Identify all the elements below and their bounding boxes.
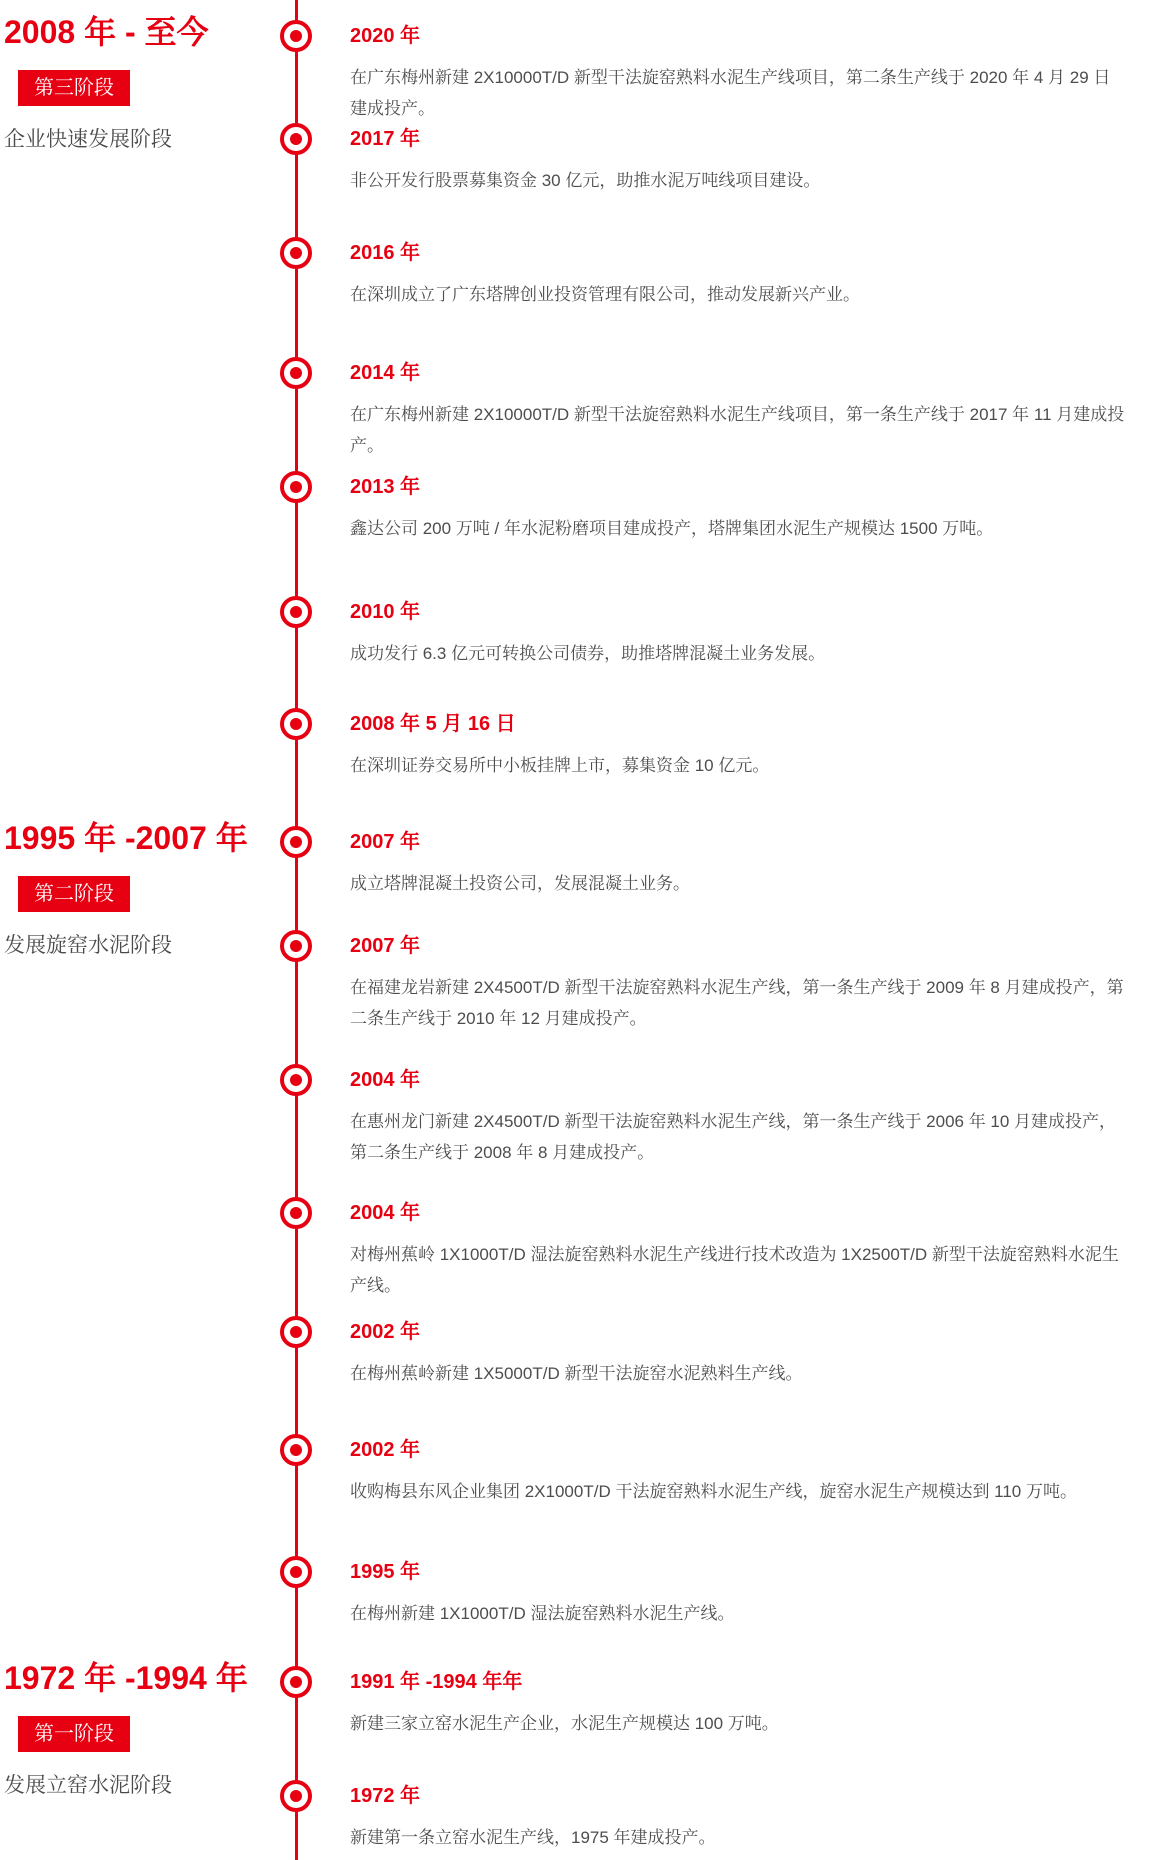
entry-description: 非公开发行股票募集资金 30 亿元，助推水泥万吨线项目建设。 [350,165,1125,196]
timeline-dot-icon [280,237,312,269]
entry-year: 2016 年 [350,236,1125,267]
entry-year: 1995 年 [350,1555,1125,1586]
entry-year: 2008 年 5 月 16 日 [350,707,1125,738]
timeline-entry: 2004 年 对梅州蕉岭 1X1000T/D 湿法旋窑熟料水泥生产线进行技术改造… [280,1196,1140,1315]
entry-year: 2010 年 [350,595,1125,626]
timeline-entry: 2007 年 在福建龙岩新建 2X4500T/D 新型干法旋窑熟料水泥生产线，第… [280,929,1140,1063]
stage-block-1: 1972 年 -1994 年 第一阶段 发展立窑水泥阶段 [4,1660,274,1798]
entry-description: 鑫达公司 200 万吨 / 年水泥粉磨项目建成投产，塔牌集团水泥生产规模达 15… [350,513,1125,544]
entry-year: 2004 年 [350,1063,1125,1094]
entry-year: 1972 年 [350,1779,1125,1810]
entry-body: 2002 年 收购梅县东风企业集团 2X1000T/D 干法旋窑熟料水泥生产线，… [350,1433,1125,1507]
timeline-entry: 2010 年 成功发行 6.3 亿元可转换公司债券，助推塔牌混凝土业务发展。 [280,595,1140,707]
entry-body: 1972 年 新建第一条立窑水泥生产线，1975 年建成投产。 [350,1779,1125,1853]
entry-year: 2020 年 [350,19,1125,50]
stage-label: 企业快速发展阶段 [4,128,274,152]
timeline-dot-icon [280,1064,312,1096]
stage-badge: 第一阶段 [18,1716,130,1752]
timeline-entry: 2014 年 在广东梅州新建 2X10000T/D 新型干法旋窑熟料水泥生产线项… [280,356,1140,470]
timeline-entry: 2020 年 在广东梅州新建 2X10000T/D 新型干法旋窑熟料水泥生产线项… [280,19,1140,122]
entry-year: 2004 年 [350,1196,1125,1227]
timeline-dot-icon [280,123,312,155]
timeline-dot-icon [280,826,312,858]
timeline-entries: 2020 年 在广东梅州新建 2X10000T/D 新型干法旋窑熟料水泥生产线项… [280,19,1140,1857]
timeline-entry: 2017 年 非公开发行股票募集资金 30 亿元，助推水泥万吨线项目建设。 [280,122,1140,236]
entry-description: 成立塔牌混凝土投资公司，发展混凝土业务。 [350,868,1125,899]
timeline-entry: 2004 年 在惠州龙门新建 2X4500T/D 新型干法旋窑熟料水泥生产线，第… [280,1063,1140,1196]
timeline-entry: 1995 年 在梅州新建 1X1000T/D 湿法旋窑熟料水泥生产线。 [280,1555,1140,1665]
entry-year: 2017 年 [350,122,1125,153]
entry-body: 2010 年 成功发行 6.3 亿元可转换公司债券，助推塔牌混凝土业务发展。 [350,595,1125,669]
timeline-entry: 2002 年 在梅州蕉岭新建 1X5000T/D 新型干法旋窑水泥熟料生产线。 [280,1315,1140,1433]
entry-body: 1995 年 在梅州新建 1X1000T/D 湿法旋窑熟料水泥生产线。 [350,1555,1125,1629]
timeline-entry: 1972 年 新建第一条立窑水泥生产线，1975 年建成投产。 [280,1779,1140,1857]
timeline-entry: 2016 年 在深圳成立了广东塔牌创业投资管理有限公司，推动发展新兴产业。 [280,236,1140,356]
timeline-entry: 2007 年 成立塔牌混凝土投资公司，发展混凝土业务。 [280,825,1140,929]
timeline-dot-icon [280,20,312,52]
entry-body: 2016 年 在深圳成立了广东塔牌创业投资管理有限公司，推动发展新兴产业。 [350,236,1125,310]
entry-description: 在惠州龙门新建 2X4500T/D 新型干法旋窑熟料水泥生产线，第一条生产线于 … [350,1106,1125,1168]
entry-year: 2002 年 [350,1433,1125,1464]
timeline-dot-icon [280,1197,312,1229]
entry-body: 2008 年 5 月 16 日 在深圳证券交易所中小板挂牌上市，募集资金 10 … [350,707,1125,781]
timeline-dot-icon [280,1666,312,1698]
timeline-entry: 2008 年 5 月 16 日 在深圳证券交易所中小板挂牌上市，募集资金 10 … [280,707,1140,825]
timeline-dot-icon [280,1434,312,1466]
stage-badge: 第三阶段 [18,70,130,106]
entry-body: 2007 年 在福建龙岩新建 2X4500T/D 新型干法旋窑熟料水泥生产线，第… [350,929,1125,1034]
stage-range: 1995 年 -2007 年 [4,820,274,856]
entry-year: 2007 年 [350,929,1125,960]
entry-year: 2002 年 [350,1315,1125,1346]
entry-description: 在广东梅州新建 2X10000T/D 新型干法旋窑熟料水泥生产线项目，第一条生产… [350,399,1125,461]
company-history-timeline: 2008 年 - 至今 第三阶段 企业快速发展阶段 1995 年 -2007 年… [0,0,1160,1860]
timeline-dot-icon [280,471,312,503]
entry-description: 收购梅县东风企业集团 2X1000T/D 干法旋窑熟料水泥生产线，旋窑水泥生产规… [350,1476,1125,1507]
entry-description: 新建三家立窑水泥生产企业，水泥生产规模达 100 万吨。 [350,1708,1125,1739]
entry-year: 2014 年 [350,356,1125,387]
entry-body: 2002 年 在梅州蕉岭新建 1X5000T/D 新型干法旋窑水泥熟料生产线。 [350,1315,1125,1389]
timeline-dot-icon [280,596,312,628]
timeline-dot-icon [280,357,312,389]
stage-range: 2008 年 - 至今 [4,14,274,50]
stage-range: 1972 年 -1994 年 [4,1660,274,1696]
stage-block-3: 2008 年 - 至今 第三阶段 企业快速发展阶段 [4,14,274,152]
entry-description: 在梅州新建 1X1000T/D 湿法旋窑熟料水泥生产线。 [350,1598,1125,1629]
entry-body: 2014 年 在广东梅州新建 2X10000T/D 新型干法旋窑熟料水泥生产线项… [350,356,1125,461]
entry-body: 2004 年 对梅州蕉岭 1X1000T/D 湿法旋窑熟料水泥生产线进行技术改造… [350,1196,1125,1301]
entry-year: 2013 年 [350,470,1125,501]
timeline-dot-icon [280,930,312,962]
timeline-entry: 2013 年 鑫达公司 200 万吨 / 年水泥粉磨项目建成投产，塔牌集团水泥生… [280,470,1140,595]
timeline-entry: 1991 年 -1994 年年 新建三家立窑水泥生产企业，水泥生产规模达 100… [280,1665,1140,1779]
entry-description: 成功发行 6.3 亿元可转换公司债券，助推塔牌混凝土业务发展。 [350,638,1125,669]
entry-year: 2007 年 [350,825,1125,856]
stage-label: 发展旋窑水泥阶段 [4,934,274,958]
stage-label: 发展立窑水泥阶段 [4,1774,274,1798]
entry-description: 在广东梅州新建 2X10000T/D 新型干法旋窑熟料水泥生产线项目，第二条生产… [350,62,1125,124]
stage-badge: 第二阶段 [18,876,130,912]
entry-body: 2004 年 在惠州龙门新建 2X4500T/D 新型干法旋窑熟料水泥生产线，第… [350,1063,1125,1168]
entry-description: 新建第一条立窑水泥生产线，1975 年建成投产。 [350,1822,1125,1853]
entry-body: 2020 年 在广东梅州新建 2X10000T/D 新型干法旋窑熟料水泥生产线项… [350,19,1125,124]
timeline-dot-icon [280,708,312,740]
entry-body: 1991 年 -1994 年年 新建三家立窑水泥生产企业，水泥生产规模达 100… [350,1665,1125,1739]
entry-body: 2017 年 非公开发行股票募集资金 30 亿元，助推水泥万吨线项目建设。 [350,122,1125,196]
entry-description: 在深圳证券交易所中小板挂牌上市，募集资金 10 亿元。 [350,750,1125,781]
entry-year: 1991 年 -1994 年年 [350,1665,1125,1696]
timeline-dot-icon [280,1780,312,1812]
entry-description: 对梅州蕉岭 1X1000T/D 湿法旋窑熟料水泥生产线进行技术改造为 1X250… [350,1239,1125,1301]
timeline-dot-icon [280,1316,312,1348]
entry-body: 2013 年 鑫达公司 200 万吨 / 年水泥粉磨项目建成投产，塔牌集团水泥生… [350,470,1125,544]
timeline-dot-icon [280,1556,312,1588]
entry-description: 在梅州蕉岭新建 1X5000T/D 新型干法旋窑水泥熟料生产线。 [350,1358,1125,1389]
entry-description: 在福建龙岩新建 2X4500T/D 新型干法旋窑熟料水泥生产线，第一条生产线于 … [350,972,1125,1034]
entry-description: 在深圳成立了广东塔牌创业投资管理有限公司，推动发展新兴产业。 [350,279,1125,310]
entry-body: 2007 年 成立塔牌混凝土投资公司，发展混凝土业务。 [350,825,1125,899]
stage-block-2: 1995 年 -2007 年 第二阶段 发展旋窑水泥阶段 [4,820,274,958]
timeline-entry: 2002 年 收购梅县东风企业集团 2X1000T/D 干法旋窑熟料水泥生产线，… [280,1433,1140,1555]
